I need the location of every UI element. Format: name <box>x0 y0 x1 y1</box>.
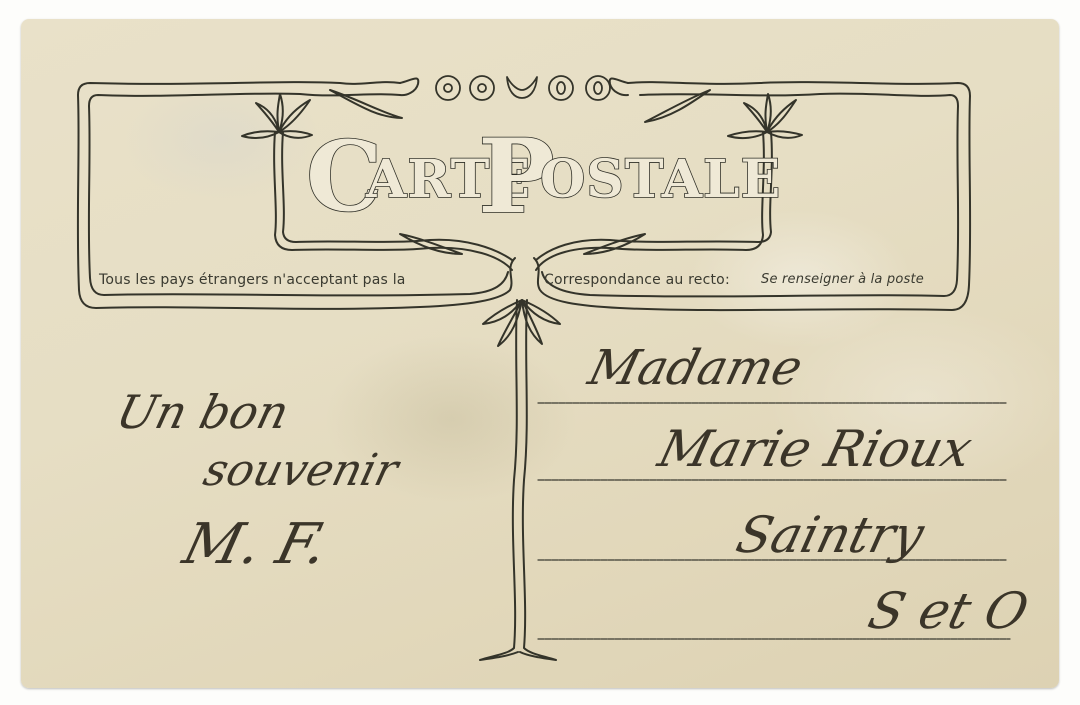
ornament-circles <box>436 76 610 100</box>
message-signature: M. F. <box>177 512 334 577</box>
address-line-1: Madame <box>583 340 808 396</box>
stem-leaf-cluster <box>483 300 560 346</box>
address-line-3: Saintry <box>731 506 930 564</box>
message-line-2: souvenir <box>199 445 403 496</box>
svg-text:OSTALE: OSTALE <box>540 149 781 210</box>
central-stem <box>480 300 518 660</box>
leaf-cluster-right <box>728 94 802 138</box>
notice-right-text: Correspondance au recto: <box>544 272 730 288</box>
leaf-cluster-left <box>242 94 312 138</box>
notice-left-text: Tous les pays étrangers n'acceptant pas … <box>99 272 406 288</box>
address-line-4: S et O <box>863 582 1034 640</box>
message-line-1: Un bon <box>111 385 294 439</box>
title-carte-postale: CARTE C ARTE P OSTALE <box>306 117 781 237</box>
address-line-2: Marie Rioux <box>653 420 978 478</box>
notice-right-italic-text: Se renseigner à la poste <box>761 272 924 287</box>
